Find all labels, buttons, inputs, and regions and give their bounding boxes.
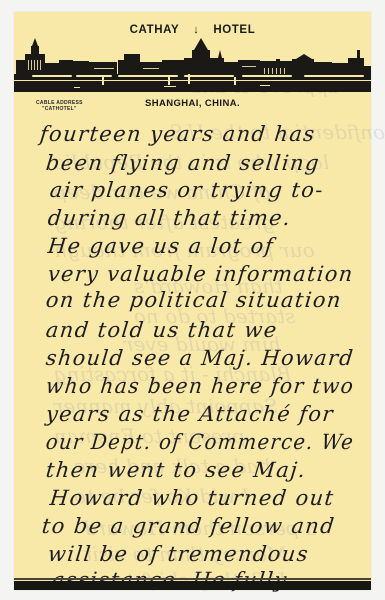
hotel-name-cathay: CATHAY [130, 24, 180, 36]
handwritten-line: who has been here for two [45, 374, 356, 398]
handwritten-line: years as the Attaché for [45, 402, 336, 426]
handwritten-line: then went to see Maj. [45, 458, 308, 482]
skyline-silhouette-icon [14, 36, 371, 92]
handwritten-line: will be of tremendous [47, 542, 311, 566]
handwritten-line: very valuable information [47, 262, 355, 286]
hotel-name-hotel: HOTEL [213, 24, 255, 36]
handwritten-line: our Dept. of Commerce. We [45, 430, 356, 454]
handwritten-line: should see a Maj. Howard [45, 346, 356, 370]
arrow-down-icon: ↓ [193, 24, 199, 36]
bottom-rule-thin [14, 578, 371, 580]
bottom-rule-thick [14, 581, 371, 590]
handwritten-line: to be a grand fellow and [41, 514, 337, 538]
letter-page: approve & and confidential to the U.S. l… [14, 12, 371, 590]
handwritten-line: during all that time. [47, 206, 293, 230]
handwritten-line: Howard who turned out [49, 486, 336, 510]
handwritten-line: been flying and selling [45, 151, 321, 175]
letterhead-city: SHANGHAI, CHINA. [14, 98, 371, 109]
handwritten-line: He gave us a lot of [47, 234, 276, 258]
letterhead-title: CATHAY↓HOTEL [14, 24, 371, 36]
handwritten-line: on the political situation [45, 288, 343, 312]
handwritten-line: air planes or trying to- [49, 178, 325, 202]
handwritten-line: fourteen years and has [39, 122, 317, 146]
bottom-border [14, 578, 371, 590]
handwritten-line: and told us that we [45, 318, 279, 342]
